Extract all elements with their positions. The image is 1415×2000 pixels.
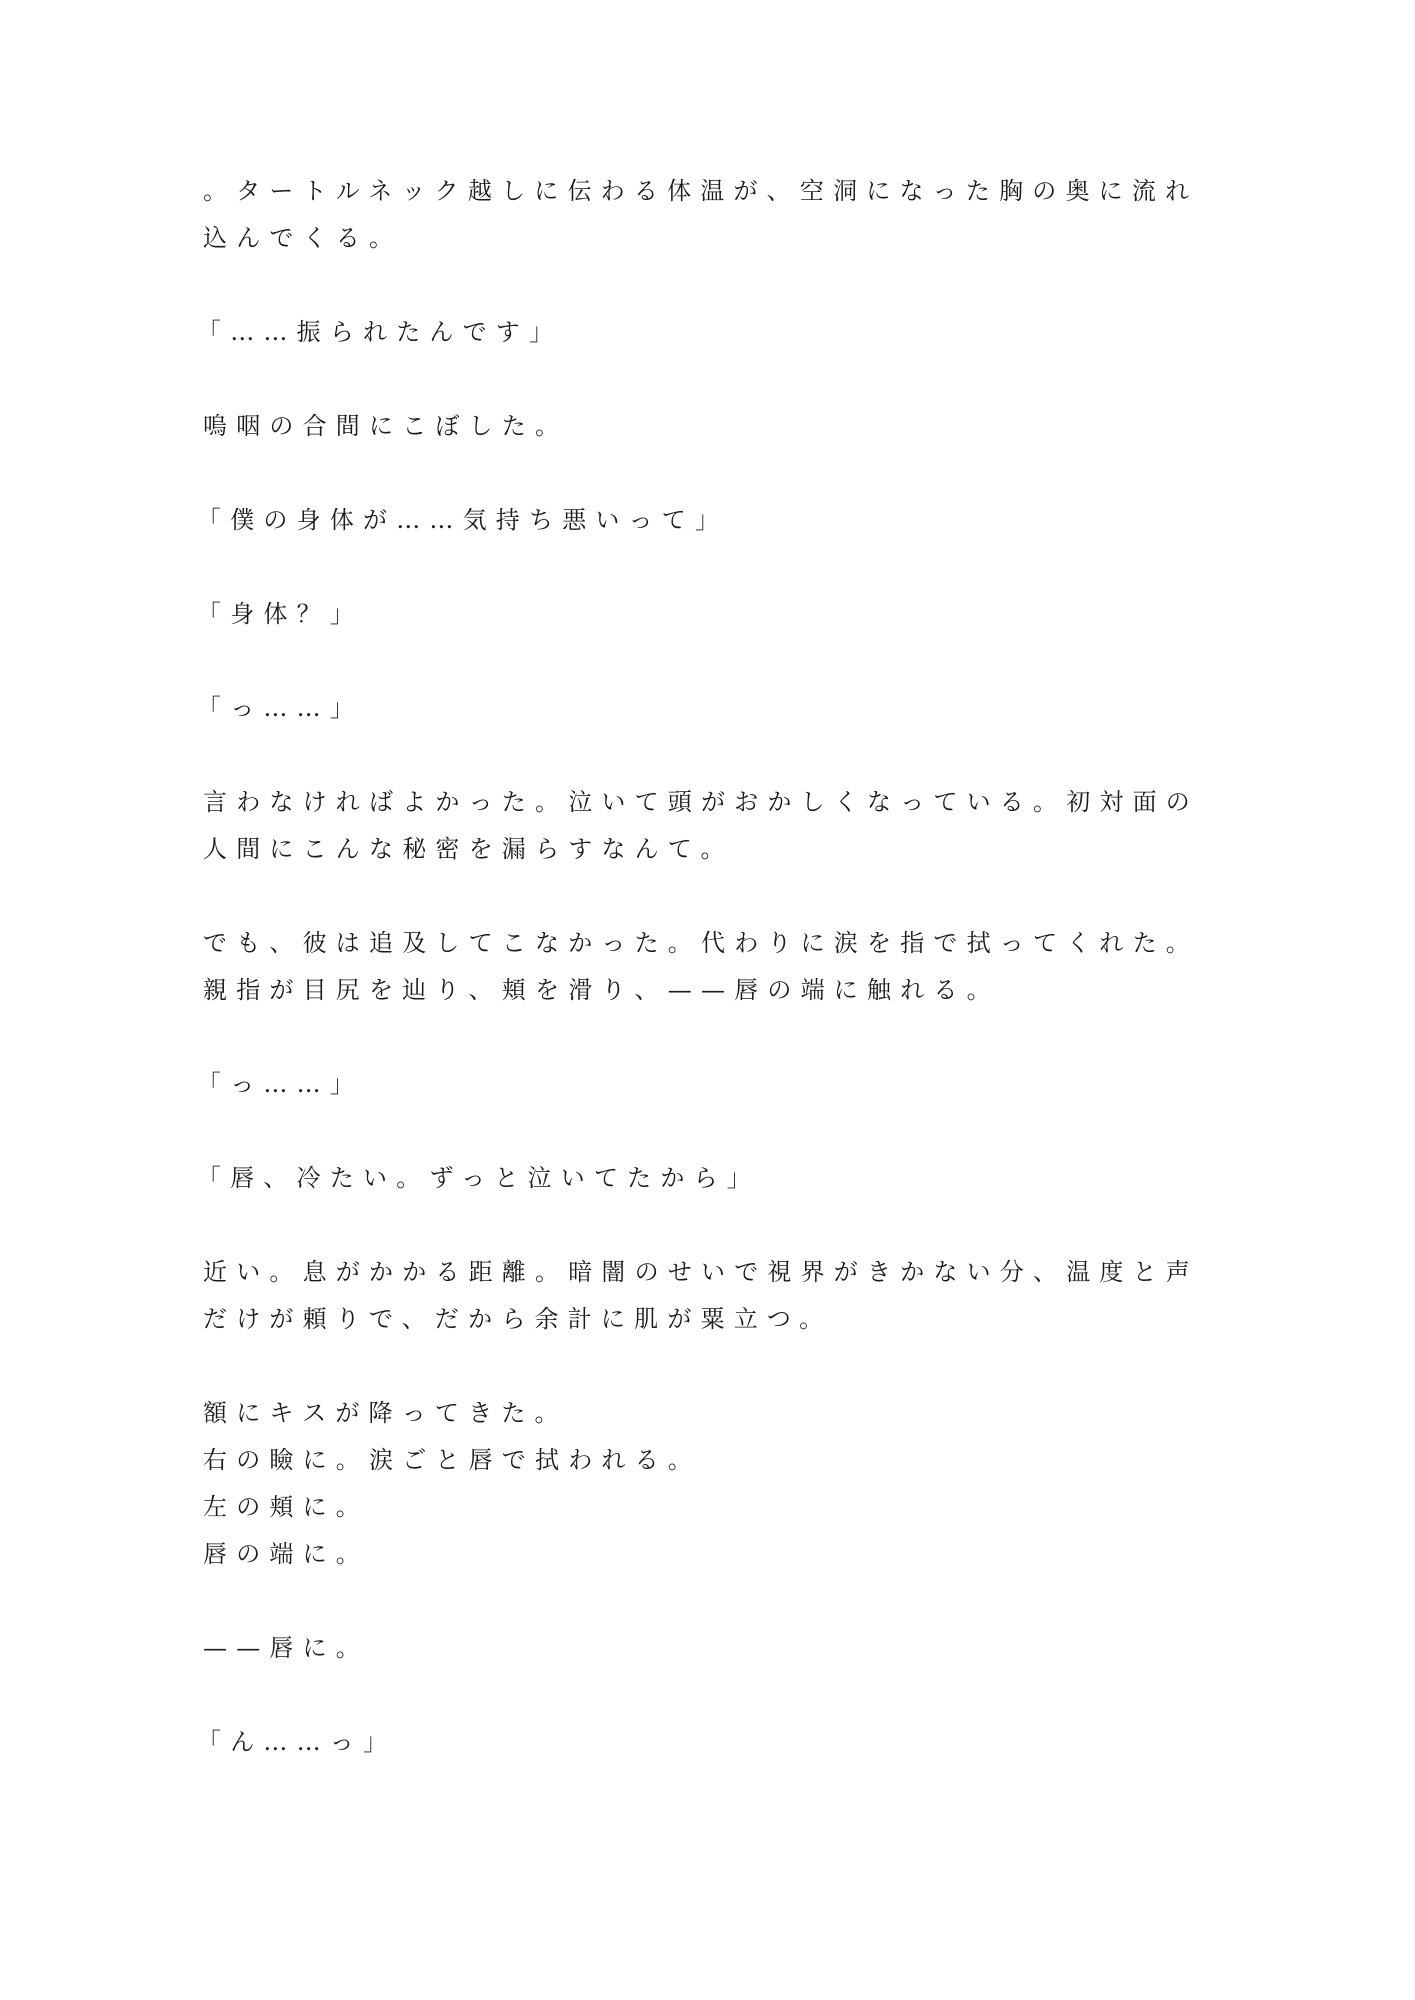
dialogue-paragraph: 「っ……」 <box>197 1061 1203 1108</box>
text-line: 「唇、冷たい。ずっと泣いてたから」 <box>197 1155 1203 1202</box>
text-line: 込んでくる。 <box>203 215 1203 262</box>
text-line: 。タートルネック越しに伝わる体温が、空洞になった胸の奥に流れ <box>203 168 1203 215</box>
text-line: でも、彼は追及してこなかった。代わりに涙を指で拭ってくれた。 <box>203 920 1203 967</box>
text-line: だけが頼りで、だから余計に肌が粟立つ。 <box>203 1296 1203 1343</box>
dialogue-paragraph: 「僕の身体が……気持ち悪いって」 <box>197 497 1203 544</box>
dialogue-paragraph: 「身体？」 <box>197 591 1203 638</box>
text-line: 「っ……」 <box>197 1061 1203 1108</box>
text-line: 額にキスが降ってきた。 <box>203 1390 1203 1437</box>
narration-paragraph: でも、彼は追及してこなかった。代わりに涙を指で拭ってくれた。 親指が目尻を辿り、… <box>203 920 1203 1014</box>
document-page: 。タートルネック越しに伝わる体温が、空洞になった胸の奥に流れ 込んでくる。 「…… <box>203 168 1203 1813</box>
text-line: 「っ……」 <box>197 685 1203 732</box>
text-line: 右の瞼に。涙ごと唇で拭われる。 <box>203 1437 1203 1484</box>
dialogue-paragraph: 「……振られたんです」 <box>197 309 1203 356</box>
text-line: 左の頬に。 <box>203 1484 1203 1531</box>
narration-paragraph: 額にキスが降ってきた。 右の瞼に。涙ごと唇で拭われる。 左の頬に。 唇の端に。 <box>203 1390 1203 1578</box>
narration-paragraph: 嗚咽の合間にこぼした。 <box>203 403 1203 450</box>
narration-paragraph: 言わなければよかった。泣いて頭がおかしくなっている。初対面の 人間にこんな秘密を… <box>203 779 1203 873</box>
text-line: 人間にこんな秘密を漏らすなんて。 <box>203 826 1203 873</box>
text-line: 言わなければよかった。泣いて頭がおかしくなっている。初対面の <box>203 779 1203 826</box>
text-line: 「身体？」 <box>197 591 1203 638</box>
narration-paragraph: ——唇に。 <box>203 1625 1203 1672</box>
text-line: 近い。息がかかる距離。暗闇のせいで視界がきかない分、温度と声 <box>203 1249 1203 1296</box>
text-line: 親指が目尻を辿り、頬を滑り、——唇の端に触れる。 <box>203 967 1203 1014</box>
text-line: 「ん……っ」 <box>197 1719 1203 1766</box>
dialogue-paragraph: 「っ……」 <box>197 685 1203 732</box>
narration-paragraph: 。タートルネック越しに伝わる体温が、空洞になった胸の奥に流れ 込んでくる。 <box>203 168 1203 262</box>
text-line: 唇の端に。 <box>203 1531 1203 1578</box>
text-line: 嗚咽の合間にこぼした。 <box>203 403 1203 450</box>
text-line: ——唇に。 <box>203 1625 1203 1672</box>
dialogue-paragraph: 「ん……っ」 <box>197 1719 1203 1766</box>
text-line: 「……振られたんです」 <box>197 309 1203 356</box>
dialogue-paragraph: 「唇、冷たい。ずっと泣いてたから」 <box>197 1155 1203 1202</box>
narration-paragraph: 近い。息がかかる距離。暗闇のせいで視界がきかない分、温度と声 だけが頼りで、だか… <box>203 1249 1203 1343</box>
text-line: 「僕の身体が……気持ち悪いって」 <box>197 497 1203 544</box>
